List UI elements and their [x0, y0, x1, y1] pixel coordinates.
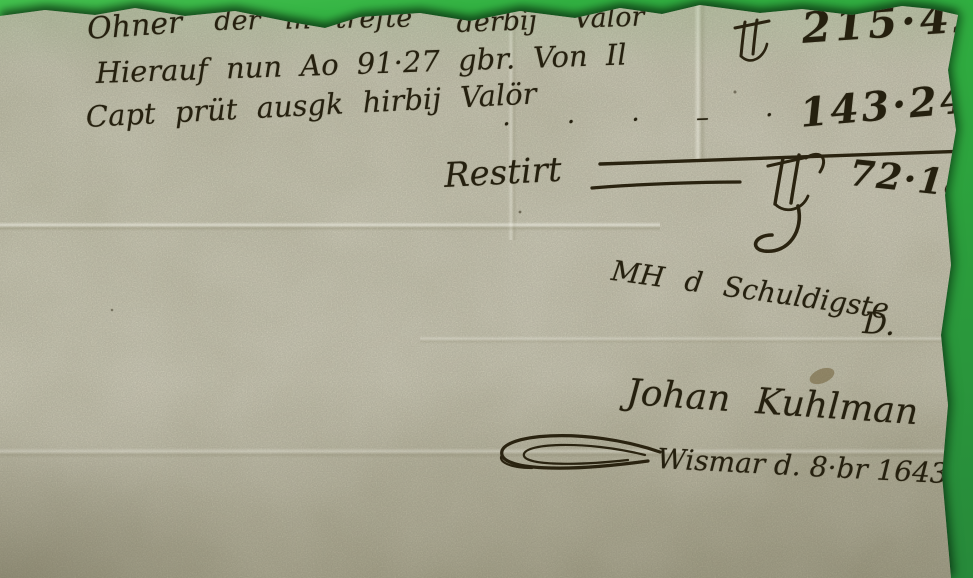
total-label: Restirt	[443, 150, 563, 196]
handwritten-line1-word3: derbij Valor	[456, 1, 645, 39]
paper-sheet: Ohner der in trefte derbij Valor 215·42 …	[0, 0, 973, 578]
handwritten-line1-word2: der in trefte	[214, 3, 412, 37]
closing-formula-line2: D.	[862, 306, 897, 343]
photograph: Ohner der in trefte derbij Valor 215·42 …	[0, 0, 973, 578]
paper-shadow: Ohner der in trefte derbij Valor 215·42 …	[0, 0, 973, 578]
handwritten-line1-word1: Ohner	[86, 5, 184, 47]
